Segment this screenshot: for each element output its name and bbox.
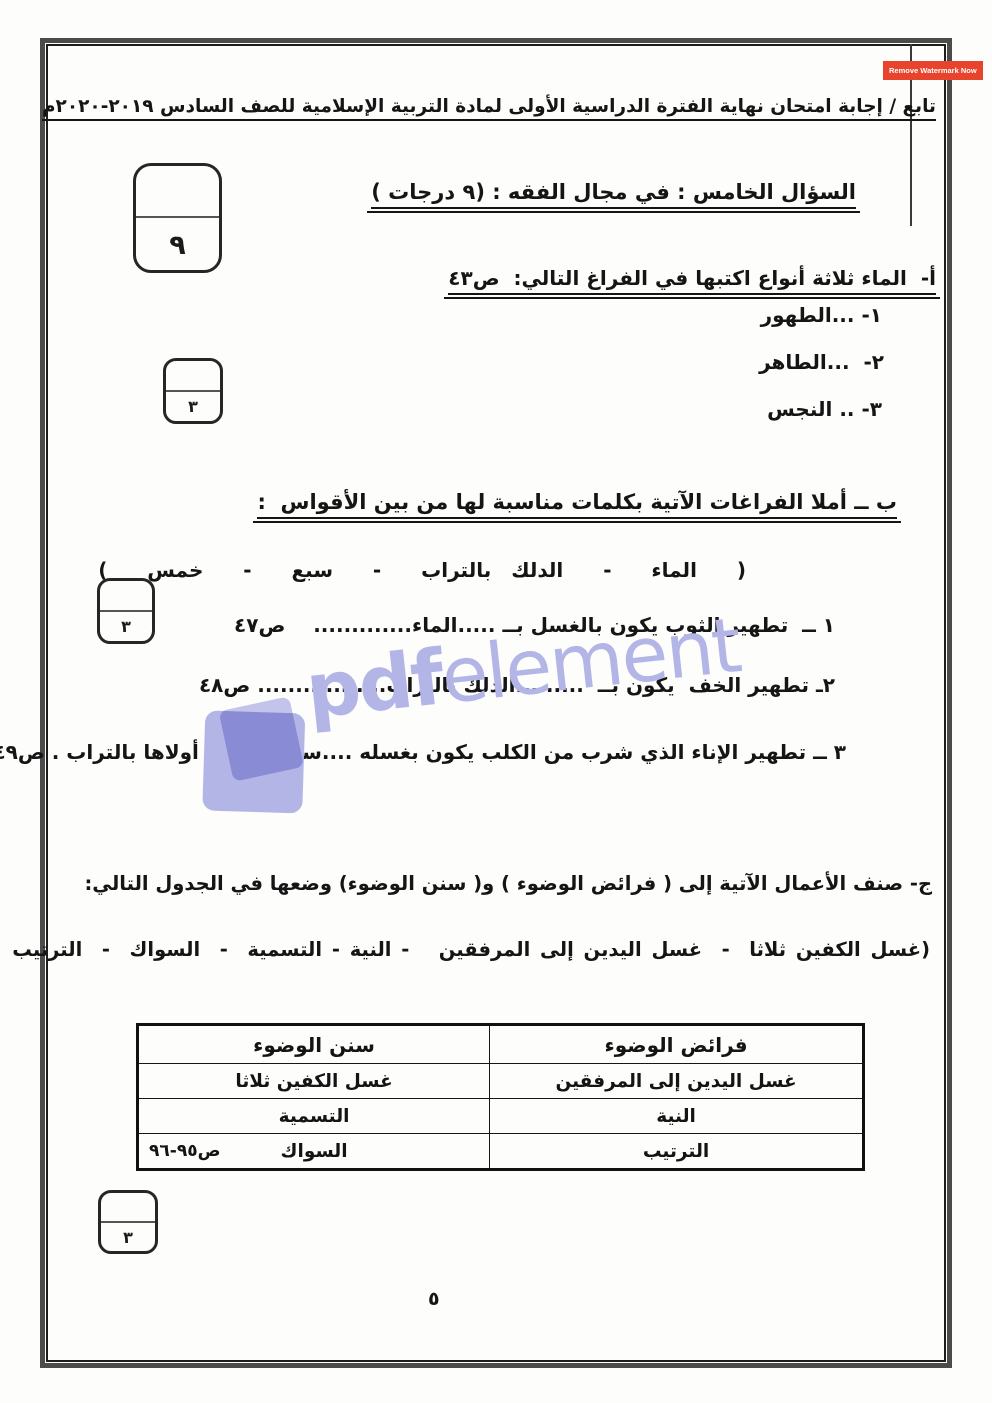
part-c-marks-box: ٣ bbox=[98, 1190, 158, 1254]
part-c-options: (غسل الكفين ثلاثا - غسل اليدين إلى المرف… bbox=[0, 938, 930, 961]
part-b-answer-1: ١ ــ تطهير الثوب يكون بالغسل بــ .....ال… bbox=[234, 613, 835, 637]
part-b-answer-3: ٣ ــ تطهير الإناء الذي شرب من الكلب يكون… bbox=[0, 740, 846, 764]
part-a-heading: أ- الماء ثلاثة أنواع اكتبها في الفراغ ال… bbox=[448, 266, 936, 295]
table-cell-faraid-1: غسل اليدين إلى المرفقين bbox=[490, 1064, 864, 1099]
part-b-answer-2: ٢ـ تطهير الخف يكون بــ .........الدلك با… bbox=[199, 673, 835, 697]
part-a-marks-value: ٣ bbox=[166, 392, 220, 421]
exam-header: تابع / إجابة امتحان نهاية الفترة الدراسي… bbox=[42, 96, 936, 121]
exam-header-text: تابع / إجابة امتحان نهاية الفترة الدراسي… bbox=[42, 96, 936, 121]
part-b-heading-text: ب ــ أملا الفراغات الآتية بكلمات مناسبة … bbox=[257, 490, 897, 519]
part-b-marks-box: ٣ bbox=[97, 578, 155, 644]
remove-watermark-button[interactable]: Remove Watermark Now bbox=[883, 61, 983, 80]
table-header-faraid: فرائض الوضوء bbox=[490, 1025, 864, 1064]
part-c-marks-value: ٣ bbox=[101, 1223, 155, 1251]
table-cell-faraid-3: الترتيب bbox=[490, 1134, 864, 1170]
question-five-title-text: السؤال الخامس : في مجال الفقه : (٩ درجات… bbox=[371, 180, 856, 209]
total-marks-box: ٩ bbox=[133, 163, 222, 273]
part-a-answer-3: ٣- .. النجس bbox=[767, 397, 882, 421]
part-a-answer-1: ١- ...الطهور bbox=[761, 303, 882, 327]
part-b-heading: ب ــ أملا الفراغات الآتية بكلمات مناسبة … bbox=[257, 490, 897, 519]
table-cell-sunan-3-text: السواك bbox=[281, 1141, 348, 1162]
part-b-marks-value: ٣ bbox=[100, 612, 152, 641]
table-row: النية التسمية bbox=[138, 1099, 864, 1134]
total-marks-value: ٩ bbox=[136, 220, 219, 270]
part-c-heading: ج- صنف الأعمال الآتية إلى ( فرائض الوضوء… bbox=[84, 872, 932, 895]
table-row: الترتيب السواك ص٩٥-٩٦ bbox=[138, 1134, 864, 1170]
part-a-heading-text: أ- الماء ثلاثة أنواع اكتبها في الفراغ ال… bbox=[448, 266, 936, 295]
table-cell-sunan-1: غسل الكفين ثلاثا bbox=[138, 1064, 490, 1099]
table-header-sunan: سنن الوضوء bbox=[138, 1025, 490, 1064]
marks-box-divider bbox=[136, 216, 219, 218]
page-ref-note: ص٩٥-٩٦ bbox=[149, 1141, 220, 1161]
table-header-row: فرائض الوضوء سنن الوضوء bbox=[138, 1025, 864, 1064]
part-b-options: ( الماء - الدلك بالتراب - سبع - خمس ) bbox=[98, 558, 746, 582]
question-five-title: السؤال الخامس : في مجال الفقه : (٩ درجات… bbox=[371, 180, 856, 209]
wudu-classification-table: فرائض الوضوء سنن الوضوء غسل اليدين إلى ا… bbox=[136, 1023, 865, 1171]
table-cell-sunan-3: السواك ص٩٥-٩٦ bbox=[138, 1134, 490, 1170]
part-a-marks-box: ٣ bbox=[163, 358, 223, 424]
part-a-answer-2: ٢- ...الطاهر bbox=[759, 350, 884, 374]
table-cell-faraid-2: النية bbox=[490, 1099, 864, 1134]
page-number: ٥ bbox=[428, 1288, 440, 1310]
table-row: غسل اليدين إلى المرفقين غسل الكفين ثلاثا bbox=[138, 1064, 864, 1099]
table-cell-sunan-2: التسمية bbox=[138, 1099, 490, 1134]
